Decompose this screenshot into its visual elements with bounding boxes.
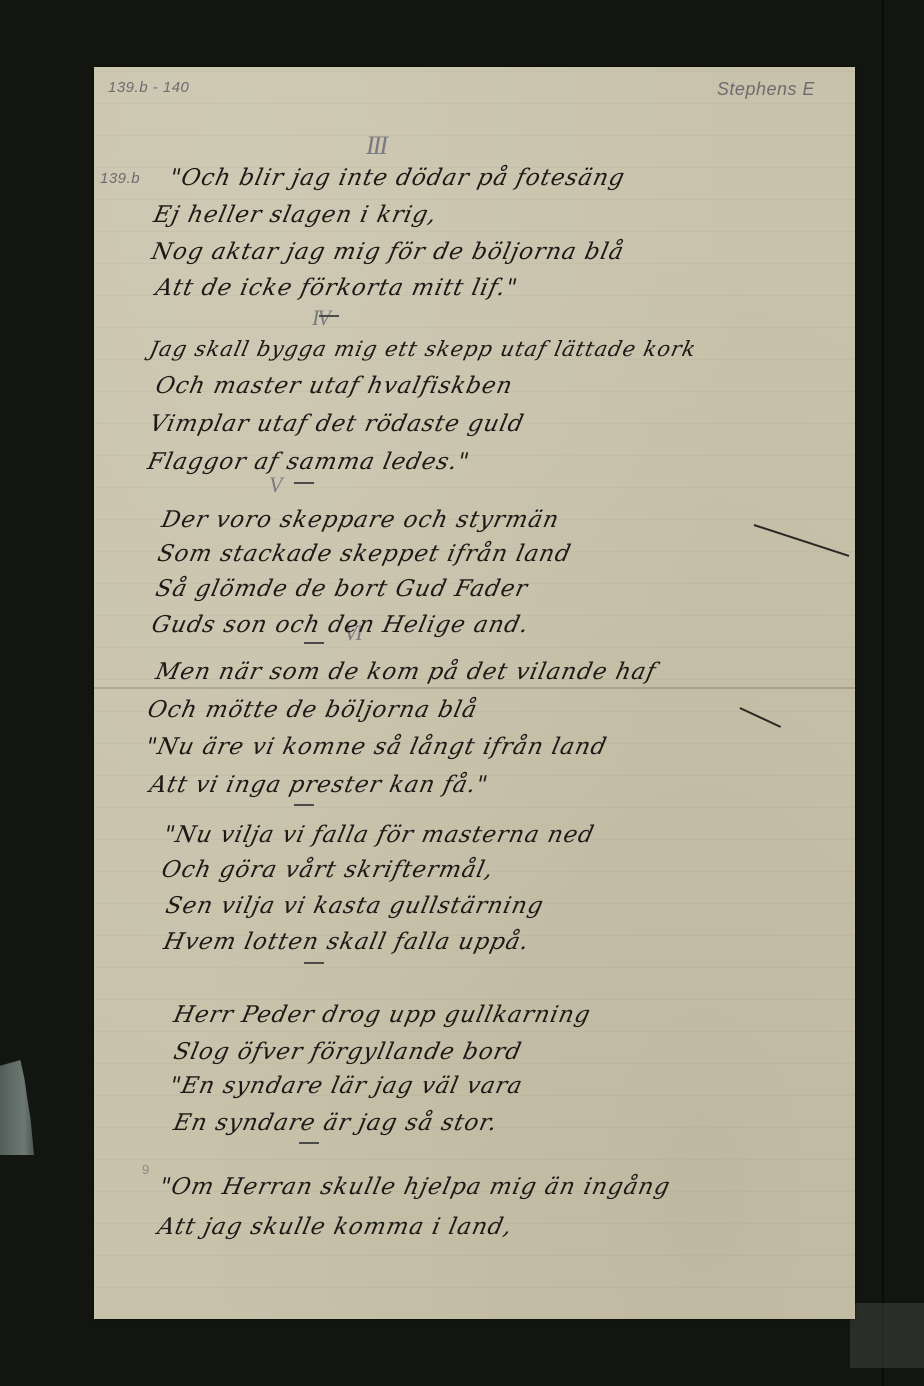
- mounting-tape-right: [850, 1303, 924, 1368]
- stanza-divider: [304, 642, 324, 644]
- stanza-marker-iv: IV: [312, 305, 329, 331]
- correction-arrow: [740, 707, 781, 727]
- stanza-marker-v: V: [269, 472, 280, 498]
- stanza-divider: [304, 962, 324, 964]
- verse-line: "Om Herran skulle hjelpa mig än ingång: [157, 1174, 673, 1200]
- verse-line: Och master utaf hvalfiskben: [153, 373, 515, 399]
- correction-arrow: [754, 524, 850, 556]
- stanza-divider: [294, 804, 314, 806]
- verse-line: "Nu vilja vi falla för masterna ned: [161, 822, 597, 848]
- verse-line: Och göra vårt skriftermål,: [159, 857, 496, 883]
- verse-line: Men när som de kom på det vilande haf: [153, 659, 659, 685]
- stanza-divider: [319, 315, 339, 317]
- verse-line: Herr Peder drog upp gullkarning: [171, 1002, 593, 1028]
- verse-line: Flaggor af samma ledes.": [145, 449, 472, 475]
- verse-line: Slog öfver förgyllande bord: [171, 1039, 524, 1065]
- margin-number: 9: [142, 1162, 149, 1177]
- scanner-background-strip: [882, 0, 884, 1386]
- stanza-divider: [299, 1142, 319, 1144]
- verse-line: Och mötte de böljorna blå: [145, 697, 480, 723]
- verse-line: Nog aktar jag mig för de böljorna blå: [149, 239, 626, 265]
- archive-reference-top: 139.b - 140: [108, 79, 189, 96]
- verse-line: Vimplar utaf det rödaste guld: [147, 411, 526, 437]
- verse-line: Hvem lotten skall falla uppå.: [161, 929, 531, 955]
- stanza-divider: [294, 482, 314, 484]
- author-annotation: Stephens E: [717, 79, 815, 100]
- verse-line: "Nu äre vi komne så långt ifrån land: [143, 734, 609, 760]
- verse-line: Så glömde de bort Gud Fader: [153, 576, 530, 602]
- verse-line: Som stackade skeppet ifrån land: [155, 541, 573, 567]
- verse-line: En syndare är jag så stor.: [171, 1110, 500, 1136]
- mounting-tape-left: [0, 1060, 34, 1155]
- archive-reference-side: 139.b: [100, 170, 140, 187]
- paper-fold-crease: [94, 687, 855, 689]
- verse-line: "Och blir jag inte dödar på fotesäng: [167, 165, 627, 191]
- verse-line: Sen vilja vi kasta gullstärning: [163, 893, 546, 919]
- verse-line: Guds son och den Helige and.: [149, 612, 531, 638]
- verse-line: "En syndare lär jag väl vara: [167, 1073, 525, 1099]
- verse-line: Att vi inga prester kan få.": [147, 772, 490, 798]
- verse-line: Jag skall bygga mig ett skepp utaf lätta…: [147, 337, 698, 361]
- manuscript-page: 139.b - 140 139.b Stephens E 9 III IV V …: [94, 67, 855, 1319]
- verse-line: Ej heller slagen i krig,: [151, 202, 439, 228]
- stanza-marker-iii: III: [366, 131, 386, 161]
- verse-line: Att de icke förkorta mitt lif.": [153, 275, 520, 301]
- verse-line: Der voro skeppare och styrmän: [159, 507, 562, 533]
- verse-line: Att jag skulle komma i land,: [155, 1214, 515, 1240]
